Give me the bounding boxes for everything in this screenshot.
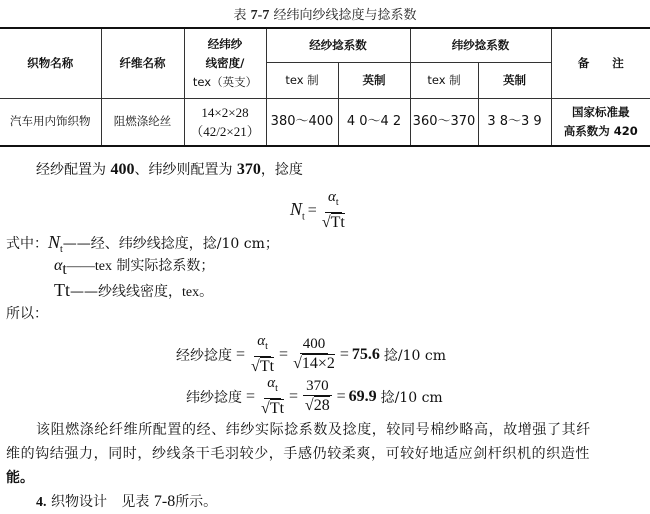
symbol-n: N [290, 199, 302, 219]
cell-weft-tex: 360～370 [410, 98, 478, 146]
header-warp-english: 英制 [338, 62, 410, 98]
table-reference: 7-8 [154, 493, 175, 510]
definition-text: ——tex [67, 259, 112, 274]
so-label: 所以： [6, 304, 48, 324]
result-value: 75.6 [352, 346, 380, 364]
equals-sign: = [289, 388, 298, 406]
fraction: 370√28 [303, 377, 332, 416]
section-title: 织物设计 [51, 494, 107, 510]
denominator: √14×2 [293, 354, 335, 374]
header-density: 经纬纱 线密度/ tex（英支） [184, 28, 266, 98]
caption-title: 经纬向纱线捻度与捻系数 [273, 8, 416, 23]
equation-label: 经纱捻度 [176, 345, 232, 365]
header-weft-twist: 纬纱捻系数 [410, 28, 551, 62]
weft-config-value: 370 [237, 161, 261, 178]
unit: 捻/10 cm [381, 387, 443, 407]
subscript: t [302, 211, 305, 222]
cell-warp-english: 4 0～4 2 [338, 98, 410, 146]
unit: 捻/10 cm [384, 345, 446, 365]
cell-remark-line1: 国家标准最 [552, 103, 650, 122]
text: ，捻度 [261, 162, 303, 178]
header-remark: 备 注 [551, 28, 650, 98]
radicand: 28 [314, 396, 330, 414]
header-weft-tex: tex 制 [410, 62, 478, 98]
symbol: N [48, 232, 60, 252]
header-density-line2: 线密度/ [185, 54, 266, 73]
cell-density: 14×2×28 （42/2×21） [184, 98, 266, 146]
config-sentence: 经纱配置为 400、纬纱则配置为 370，捻度 [36, 160, 303, 180]
text: 见表 [121, 494, 149, 510]
cell-fiber-name: 阻燃涤纶丝 [101, 98, 184, 146]
numerator: αt [254, 332, 271, 357]
definition-alpha: αt——tex 制实际捻系数； [54, 256, 214, 280]
definition-text: 制实际捻系数； [112, 258, 214, 274]
twist-formula: Nt = αt √Tt [290, 188, 347, 233]
cell-fabric-name: 汽车用内饰织物 [0, 98, 101, 146]
header-warp-tex: tex 制 [266, 62, 338, 98]
caption-prefix: 表 [234, 8, 247, 23]
paragraph-line-2: 维的钩结强力，同时，纱线条干毛羽较少，手感仍较柔爽，可较好地适应剑杆织机的织造性 [6, 444, 590, 464]
equation-label: 纬纱捻度 [186, 387, 242, 407]
fraction: αt√Tt [251, 332, 274, 377]
cell-density-line2: （42/2×21） [185, 122, 266, 141]
fraction: 400√14×2 [293, 335, 335, 374]
fraction: αt√Tt [261, 374, 284, 419]
equals-sign: = [246, 388, 255, 406]
numerator: αt [264, 374, 281, 399]
paragraph-line-3: 能。 [6, 468, 34, 488]
table-caption: 表 7-7 经纬向纱线捻度与捻系数 [0, 4, 650, 24]
equals-sign: = [340, 346, 349, 364]
twist-table: 织物名称 纤维名称 经纬纱 线密度/ tex（英支） 经纱捻系数 纬纱捻系数 备… [0, 27, 650, 147]
table-row: 汽车用内饰织物 阻燃涤纶丝 14×2×28 （42/2×21） 380～400 … [0, 98, 650, 146]
equals-sign: = [308, 202, 317, 220]
text: 经纱配置为 [36, 162, 106, 178]
caption-number: 7-7 [251, 8, 270, 23]
warp-config-value: 400 [110, 161, 134, 178]
section-heading: 4. 织物设计 见表 7-8所示。 [36, 492, 217, 513]
header-row-1: 织物名称 纤维名称 经纬纱 线密度/ tex（英支） 经纱捻系数 纬纱捻系数 备… [0, 28, 650, 62]
weft-twist-equation: 纬纱捻度 = αt√Tt = 370√28 = 69.9 捻/10 cm [186, 374, 443, 419]
denominator: √28 [305, 396, 330, 416]
radicand: 14×2 [302, 354, 335, 372]
definition-tt: Tt——纱线线密度，tex。 [54, 280, 213, 303]
cell-remark-line2: 高系数为 420 [552, 122, 650, 141]
header-fiber-name: 纤维名称 [101, 28, 184, 98]
where-label: 式中： [6, 236, 48, 252]
section-number: 4. [36, 495, 47, 510]
subscript: t [336, 197, 339, 208]
denominator: √Tt [261, 399, 284, 419]
text: 所示。 [175, 494, 217, 510]
result-value: 69.9 [349, 388, 377, 406]
definition-text: tex。 [182, 285, 213, 300]
fraction: αt √Tt [322, 188, 345, 233]
header-fabric-name: 织物名称 [0, 28, 101, 98]
cell-density-line1: 14×2×28 [185, 103, 266, 122]
cell-remark: 国家标准最 高系数为 420 [551, 98, 650, 146]
equals-sign: = [236, 346, 245, 364]
numerator: 400 [300, 335, 329, 354]
definition-text: ——经、纬纱线捻度，捻/10 cm； [63, 236, 279, 252]
equals-sign: = [279, 346, 288, 364]
warp-twist-equation: 经纱捻度 = αt√Tt = 400√14×2 = 75.6 捻/10 cm [176, 332, 446, 377]
equals-sign: = [337, 388, 346, 406]
paragraph-line-1: 该阻燃涤纶纤维所配置的经、纬纱实际捻系数及捻度，较同号棉纱略高，故增强了其纤 [36, 420, 591, 440]
symbol: Tt [54, 280, 70, 300]
numerator: 370 [303, 377, 332, 396]
numerator: αt [325, 188, 342, 213]
cell-weft-english: 3 8～3 9 [478, 98, 551, 146]
formula-lhs: Nt [290, 199, 305, 223]
text: 、纬纱则配置为 [134, 162, 232, 178]
denominator: √Tt [322, 213, 345, 233]
tt: Tt [331, 213, 345, 231]
header-density-line1: 经纬纱 [185, 35, 266, 54]
header-warp-twist: 经纱捻系数 [266, 28, 410, 62]
definition-text: ——纱线线密度， [70, 284, 182, 300]
header-density-line3: tex（英支） [185, 73, 266, 92]
header-weft-english: 英制 [478, 62, 551, 98]
cell-warp-tex: 380～400 [266, 98, 338, 146]
alpha: α [328, 189, 336, 205]
